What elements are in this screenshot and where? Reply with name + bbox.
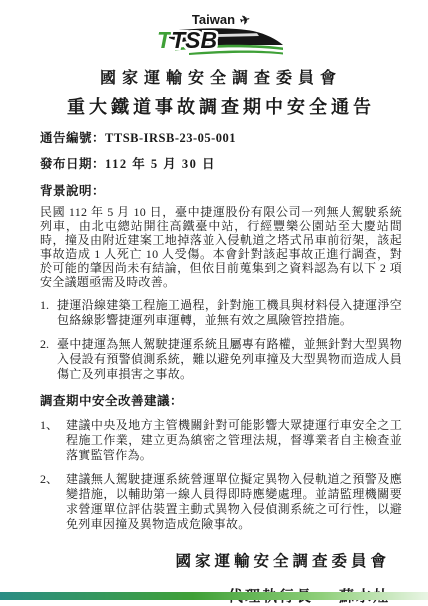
issue-date-row: 發布日期：112 年 5 月 30 日 xyxy=(40,154,402,172)
list-number: 1. xyxy=(40,298,57,328)
doc-title: 重大鐵道事故調查期中安全通告 xyxy=(40,93,402,119)
logo-top-row: Taiwan ✈ xyxy=(155,12,287,27)
logo-main: TTSB xyxy=(155,27,287,58)
list-number: 2. xyxy=(40,337,57,382)
recommendations-section: 調查期中安全改善建議： 1、 建議中央及地方主管機關針對可能影響大眾捷運行車安全… xyxy=(40,391,402,532)
notice-document: Taiwan ✈ TTSB 國家運輸安全調查委員會 重大鐵道事故調查期中安全通告… xyxy=(0,0,428,600)
org-title: 國家運輸安全調查委員會 xyxy=(40,65,402,88)
background-heading: 背景說明： xyxy=(40,181,402,199)
list-text: 捷運沿線建築工程施工過程，針對施工機具與材料侵入捷運淨空包絡線影響捷運列車運轉，… xyxy=(57,298,402,328)
ttsb-letter-t: T xyxy=(157,27,171,53)
issue-date-value: 112 年 5 月 30 日 xyxy=(105,157,216,171)
background-section: 背景說明： 民國 112 年 5 月 10 日，臺中捷運股份有限公司一列無人駕駛… xyxy=(40,181,402,382)
ttsb-logo: Taiwan ✈ TTSB xyxy=(155,12,287,58)
list-text: 臺中捷運為無人駕駛捷運系統且屬專有路權，並無針對大型異物入侵設有預警偵測系統，難… xyxy=(57,337,402,382)
issue-date-label: 發布日期： xyxy=(40,157,105,171)
notice-number-label: 通告編號： xyxy=(40,131,105,145)
airplane-icon: ✈ xyxy=(238,11,251,27)
taiwan-wordmark: Taiwan xyxy=(192,12,235,27)
list-number: 2、 xyxy=(40,472,66,532)
bottom-accent-strip xyxy=(0,592,428,600)
list-text: 建議中央及地方主管機關針對可能影響大眾捷運行車安全之工程施工作業，建立更為縝密之… xyxy=(66,418,402,463)
background-item-1: 1. 捷運沿線建築工程施工過程，針對施工機具與材料侵入捷運淨空包絡線影響捷運列車… xyxy=(40,298,402,328)
signature-org: 國家運輸安全調查委員會 xyxy=(40,549,390,571)
recommendation-item-1: 1、 建議中央及地方主管機關針對可能影響大眾捷運行車安全之工程施工作業，建立更為… xyxy=(40,418,402,463)
background-paragraph: 民國 112 年 5 月 10 日，臺中捷運股份有限公司一列無人駕駛系統列車，由… xyxy=(40,205,402,289)
doc-header: Taiwan ✈ TTSB 國家運輸安全調查委員會 重大鐵道事故調查期中安全通告 xyxy=(40,12,402,119)
notice-number-value: TTSB-IRSB-23-05-001 xyxy=(105,131,236,145)
background-item-2: 2. 臺中捷運為無人駕駛捷運系統且屬專有路權，並無針對大型異物入侵設有預警偵測系… xyxy=(40,337,402,382)
list-text: 建議無人駕駛捷運系統營運單位擬定異物入侵軌道之預警及應變措施，以輔助第一線人員得… xyxy=(66,472,402,532)
list-number: 1、 xyxy=(40,418,66,463)
meta-block: 通告編號：TTSB-IRSB-23-05-001 發布日期：112 年 5 月 … xyxy=(40,128,402,172)
recommendations-heading: 調查期中安全改善建議： xyxy=(40,391,402,409)
ttsb-letters-tsb: TSB xyxy=(171,27,217,53)
recommendation-item-2: 2、 建議無人駕駛捷運系統營運單位擬定異物入侵軌道之預警及應變措施，以輔助第一線… xyxy=(40,472,402,532)
notice-number-row: 通告編號：TTSB-IRSB-23-05-001 xyxy=(40,128,402,146)
ttsb-wordmark: TTSB xyxy=(157,26,217,54)
